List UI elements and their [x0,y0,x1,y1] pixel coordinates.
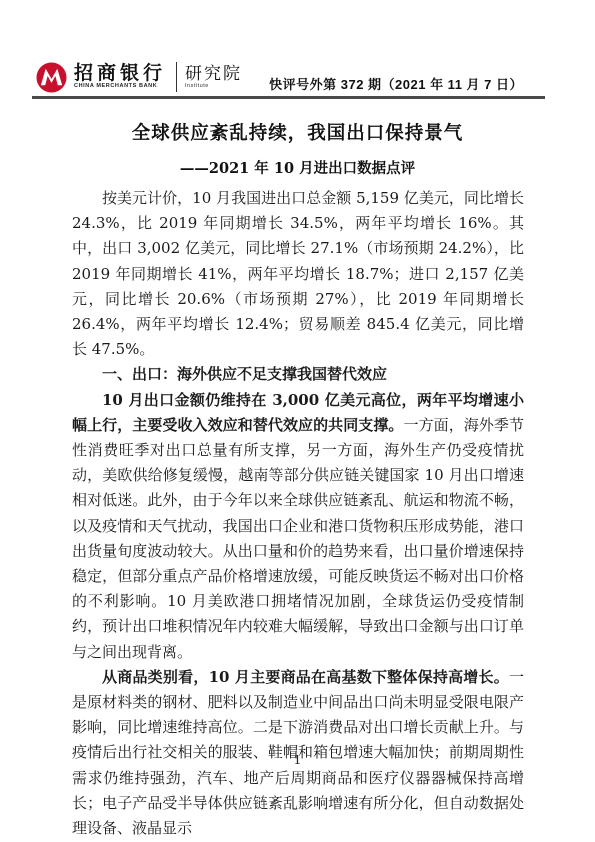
header-rule [32,96,545,99]
header-logo: 招商银行 CHINA MERCHANTS BANK 研究院 Institute [36,58,242,96]
logo-divider [176,62,177,92]
cmb-logo-icon [36,62,67,93]
dept-name-cn: 研究院 [185,65,242,83]
body-text: 按美元计价，10 月我国进出口总金额 5,159 亿美元，同比增长 24.3%，… [72,186,524,841]
section-1-heading: 一、出口：海外供应不足支撑我国替代效应 [72,362,524,387]
doc-subtitle: ——2021 年 10 月进出口数据点评 [0,157,595,178]
dept-name-en: Institute [185,83,209,90]
bank-name-en: CHINA MERCHANTS BANK [74,83,157,90]
issue-line: 快评号外第 372 期（2021 年 11 月 7 日） [269,74,523,93]
bank-name-block: 招商银行 CHINA MERCHANTS BANK [74,64,166,90]
paragraph-2: 10 月出口金额仍维持在 3,000 亿美元高位，两年平均增速小幅上行，主要受收… [72,388,524,665]
paragraph-1: 按美元计价，10 月我国进出口总金额 5,159 亿美元，同比增长 24.3%，… [72,186,524,362]
dept-name-block: 研究院 Institute [185,65,242,90]
report-page: 招商银行 CHINA MERCHANTS BANK 研究院 Institute … [0,0,595,842]
bank-name-cn: 招商银行 [74,64,166,83]
page-number: 1 [0,752,595,767]
paragraph-3-lead: 从商品类别看，10 月主要商品在高基数下整体保持高增长。 [102,668,509,686]
doc-title: 全球供应紊乱持续，我国出口保持景气 [0,119,595,145]
paragraph-2-rest: 一方面，海外季节性消费旺季对出口总量有所支撑，另一方面，海外生产仍受疫情扰动，美… [72,416,524,661]
